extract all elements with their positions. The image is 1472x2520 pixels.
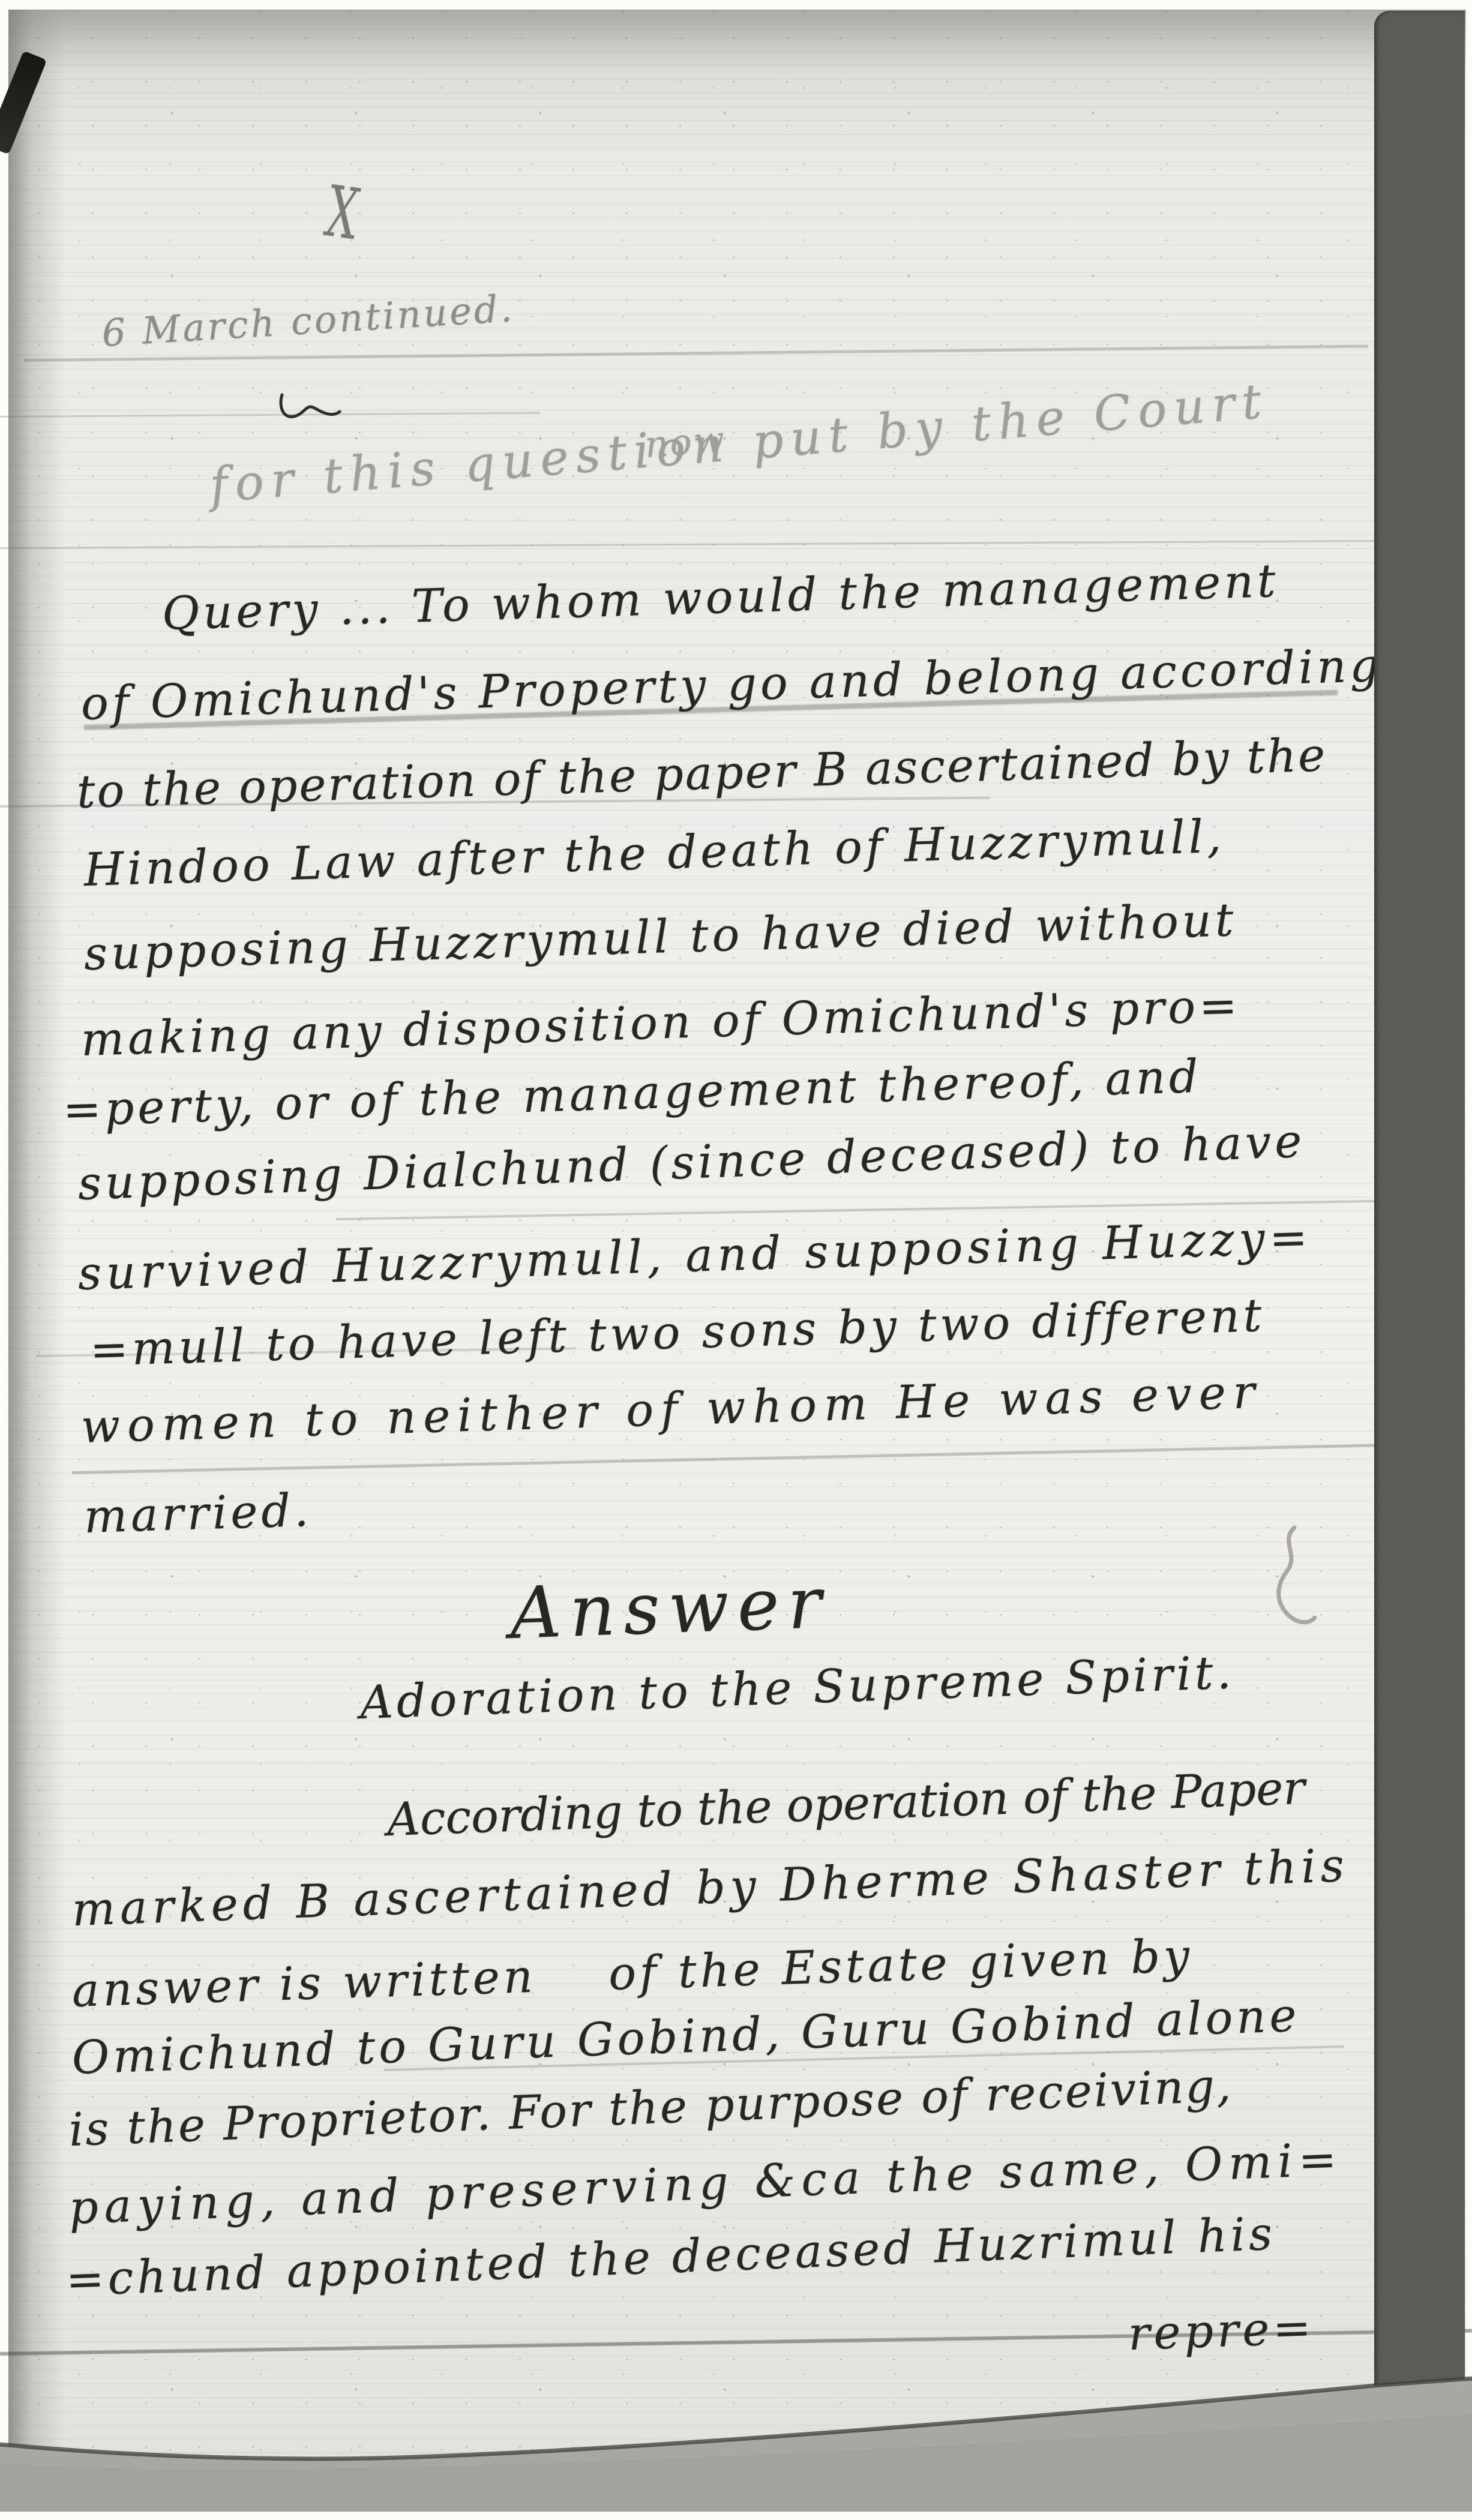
left-edge-shadow [8, 10, 65, 2510]
manuscript-scan: X 6 March continued. now for this questi… [0, 0, 1472, 2520]
answer-line: repre= [1128, 2305, 1315, 2357]
x-mark: X [325, 175, 360, 250]
answer-heading: Answer [509, 1567, 831, 1649]
top-edge-shadow [8, 10, 1466, 76]
query-line: married. [83, 1487, 313, 1540]
ink-squiggle [277, 390, 343, 426]
page-bottom-edge-shadow [0, 2362, 1472, 2512]
pencil-curl [1269, 1524, 1323, 1638]
book-binding-edge [1374, 11, 1465, 2466]
